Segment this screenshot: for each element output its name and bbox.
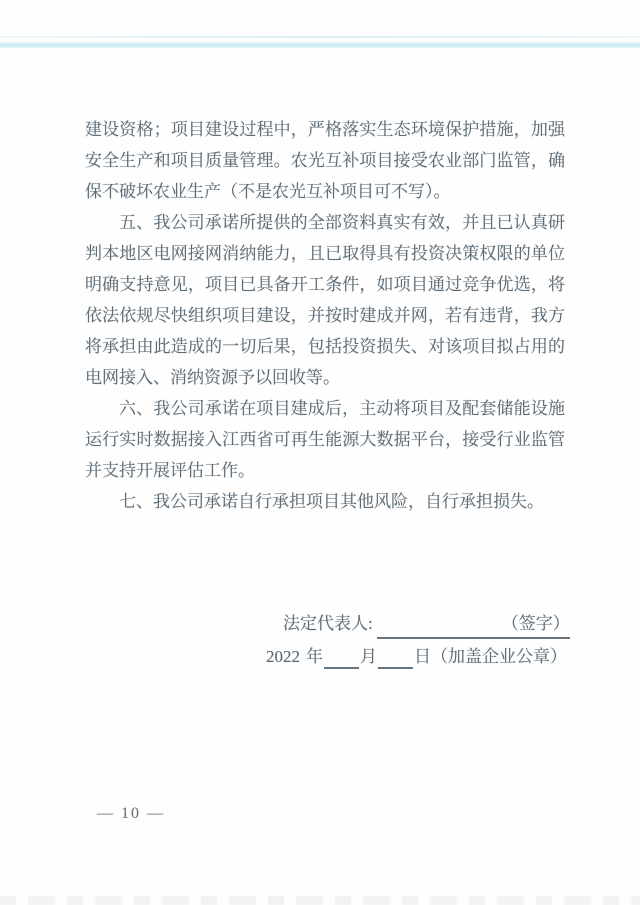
- paragraph: 五、我公司承诺所提供的全部资料真实有效，并且已认真研判本地区电网接网消纳能力，且…: [85, 207, 565, 393]
- paragraph: 七、我公司承诺自行承担项目其他风险，自行承担损失。: [85, 486, 565, 517]
- paragraph: 六、我公司承诺在项目建成后，主动将项目及配套储能设施运行实时数据接入江西省可再生…: [85, 393, 565, 486]
- signature-line-legal-rep: 法定代表人:（签字）: [283, 612, 570, 639]
- paragraph: 建设资格；项目建设过程中，严格落实生态环境保护措施，加强安全生产和项目质量管理。…: [85, 114, 565, 207]
- year-label: 年: [306, 647, 323, 666]
- seal-note: （加盖企业公章）: [431, 647, 567, 666]
- sign-hint-label: （签字）: [502, 614, 570, 633]
- signature-underline: （签字）: [377, 612, 570, 639]
- legal-rep-label: 法定代表人:: [283, 614, 373, 633]
- scanner-artifact-line-top: [0, 36, 640, 38]
- document-body: 建设资格；项目建设过程中，严格落实生态环境保护措施，加强安全生产和项目质量管理。…: [85, 114, 565, 517]
- scanner-artifact-line-bottom: [0, 42, 640, 48]
- signature-blank-field: [377, 619, 502, 636]
- scanned-document-page: 建设资格；项目建设过程中，严格落实生态环境保护措施，加强安全生产和项目质量管理。…: [0, 0, 640, 905]
- day-blank-field: [378, 650, 413, 669]
- signature-line-date: 2022年月日（加盖企业公章）: [266, 645, 567, 669]
- scan-edge-noise: [0, 896, 640, 905]
- year-value: 2022: [266, 647, 300, 666]
- month-blank-field: [324, 650, 359, 669]
- month-label: 月: [360, 647, 377, 666]
- page-number: — 10 —: [97, 805, 165, 823]
- day-label: 日: [414, 647, 431, 666]
